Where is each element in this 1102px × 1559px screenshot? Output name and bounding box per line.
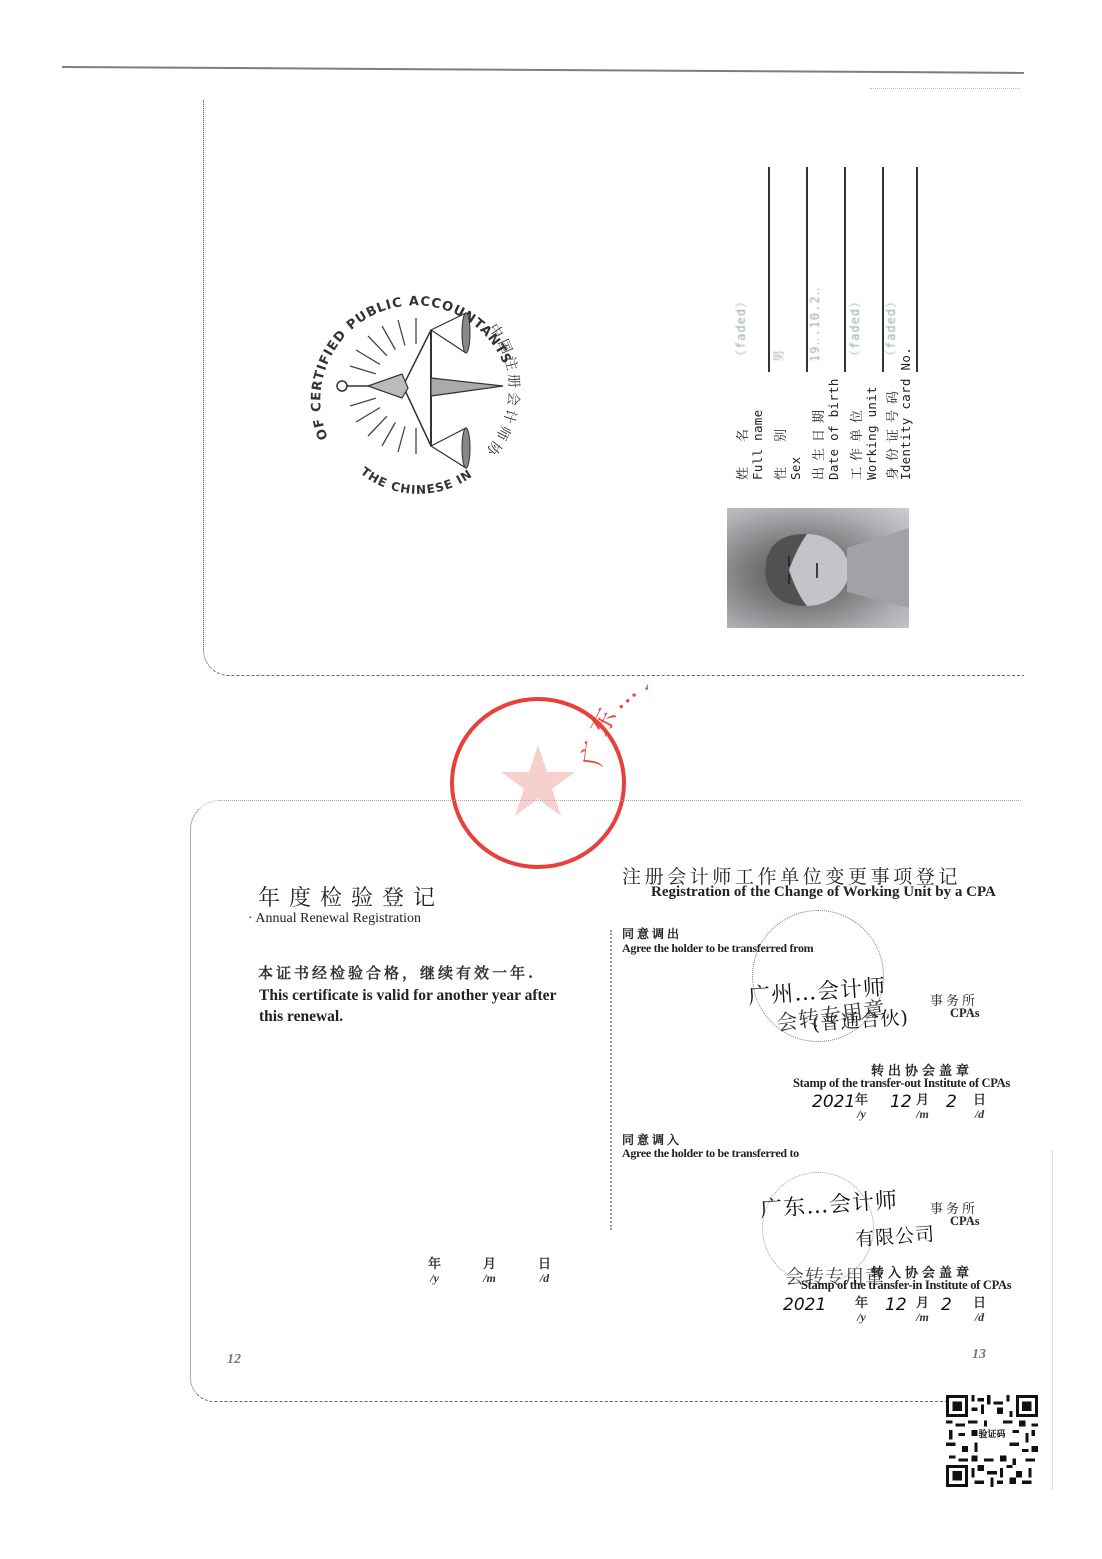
annual-date-year: 年/y xyxy=(428,1257,441,1285)
field-value: （faded） xyxy=(846,295,863,362)
field-sex-en: Sex xyxy=(788,150,808,480)
field-value: （faded） xyxy=(732,295,749,362)
scales-of-justice-icon: OF CERTIFIED PUBLIC ACCOUNTANTS THE CHIN… xyxy=(298,268,534,504)
field-label-cn: 性 别 xyxy=(770,370,789,480)
transfer-out-firm-suffix-en: CPAs xyxy=(950,1006,980,1021)
field-sex: 性 别 男 xyxy=(770,150,790,480)
transfer-in-date-m: 月/m xyxy=(916,1296,929,1324)
transfer-in-date-day: 2 xyxy=(941,1295,952,1315)
holder-info-panel: 姓 名 （faded） Full name 性 别 男 Sex 出生日期 19‥… xyxy=(728,150,908,480)
transfer-in-firm-suffix-en: CPAs xyxy=(950,1214,980,1229)
field-working-unit-en: Working unit xyxy=(864,150,884,480)
field-identity-card-en: Identity card No. xyxy=(898,150,918,480)
field-underline xyxy=(916,167,918,372)
transfer-out-stamp-label-en: Stamp of the transfer-out Institute of C… xyxy=(793,1076,1010,1091)
transfer-in-date-d: 日/d xyxy=(973,1296,986,1324)
transfer-out-date-month: 12 xyxy=(890,1092,912,1112)
field-label-en: Identity card No. xyxy=(898,370,913,480)
change-of-unit-title-en: Registration of the Change of Working Un… xyxy=(651,884,996,901)
qr-center-label: 验证码 xyxy=(978,1427,1006,1455)
annual-renewal-body-cn: 本证书经检验合格，继续有效一年. xyxy=(258,962,536,983)
transfer-in-date-year: 2021 xyxy=(783,1295,826,1315)
transfer-out-date-year: 2021 xyxy=(812,1092,855,1112)
transfer-out-date-day: 2 xyxy=(946,1092,957,1112)
verification-qr[interactable]: 验证码 xyxy=(946,1395,1038,1487)
transfer-out-date-y: 年/y xyxy=(855,1093,868,1121)
transfer-out-date-d: 日/d xyxy=(973,1093,986,1121)
annual-date-day: 日/d xyxy=(538,1257,551,1285)
field-label-en: Working unit xyxy=(864,370,879,480)
scan-edge xyxy=(1052,1150,1053,1490)
field-full-name-en: Full name xyxy=(750,150,770,480)
field-label-en: Sex xyxy=(788,370,803,480)
field-value: （faded） xyxy=(882,295,899,362)
page-number-left: 12 xyxy=(227,1352,241,1368)
transfer-in-date-month: 12 xyxy=(885,1295,907,1315)
annual-renewal-title-en: · Annual Renewal Registration xyxy=(248,911,421,927)
portrait-icon xyxy=(727,508,909,628)
field-full-name: 姓 名 （faded） xyxy=(732,150,752,480)
scan-top-rule xyxy=(62,66,1024,74)
field-working-unit: 工作单位 （faded） xyxy=(846,150,866,480)
transfer-in-label-en: Agree the holder to be transferred to xyxy=(622,1146,799,1161)
field-label-en: Full name xyxy=(750,370,765,480)
field-date-of-birth: 出生日期 19‥.10.2‥ xyxy=(808,150,828,480)
field-value: 19‥.10.2‥ xyxy=(808,286,822,362)
cicpa-emblem: OF CERTIFIED PUBLIC ACCOUNTANTS THE CHIN… xyxy=(298,268,534,504)
transfer-out-date-m: 月/m xyxy=(916,1093,929,1121)
transfer-in-stamp-label-en: Stamp of the transfer-in Institute of CP… xyxy=(801,1278,1011,1293)
field-label-cn: 姓 名 xyxy=(732,370,751,480)
field-label-en: Date of birth xyxy=(826,370,841,480)
annual-date-month: 月/m xyxy=(483,1257,496,1285)
scan-noise xyxy=(870,88,1020,91)
page-number-right: 13 xyxy=(972,1347,986,1363)
annual-renewal-body-en: This certificate is valid for another ye… xyxy=(259,985,579,1027)
field-value: 男 xyxy=(770,349,787,362)
field-date-of-birth-en: Date of birth xyxy=(826,150,846,480)
page-divider xyxy=(610,930,614,1230)
field-label-cn: 出生日期 xyxy=(808,370,827,480)
transfer-in-firm-line2: 有限公司 xyxy=(854,1219,936,1252)
holder-portrait-photo xyxy=(727,508,909,628)
annual-renewal-title-cn: 年度检验登记 xyxy=(258,881,444,912)
transfer-in-date-y: 年/y xyxy=(855,1296,868,1324)
field-label-cn: 工作单位 xyxy=(846,370,865,480)
transfer-out-label-cn: 同意调出 xyxy=(622,925,682,942)
